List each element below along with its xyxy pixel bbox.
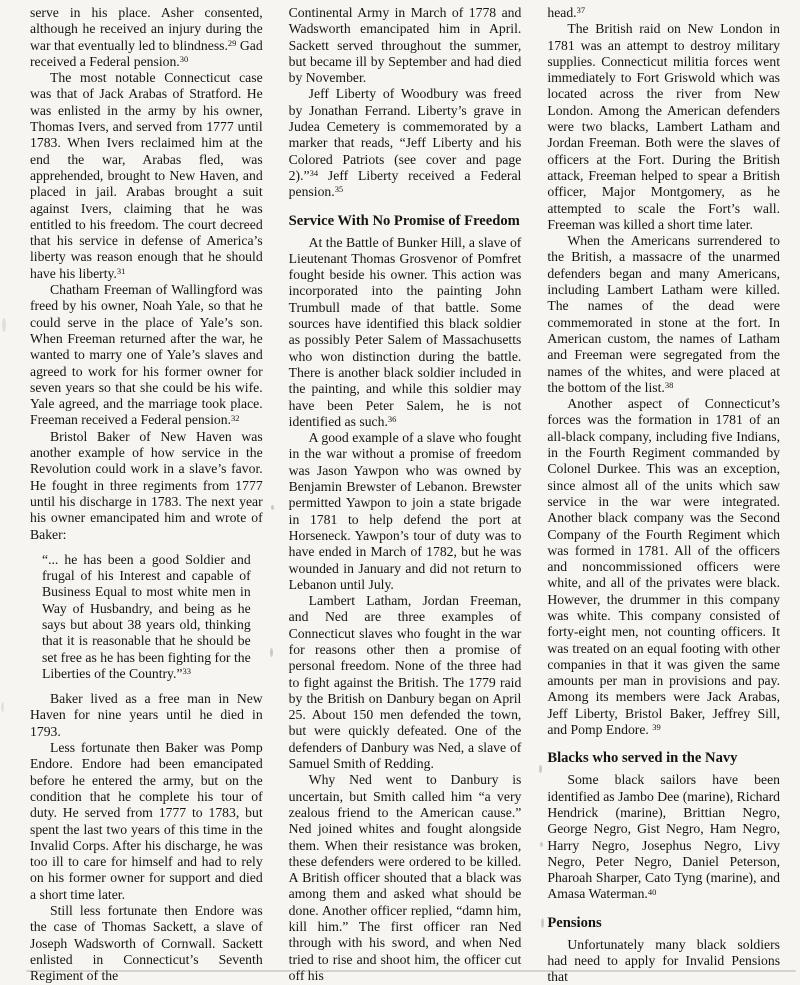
scan-artifact-speck	[1, 702, 4, 712]
paragraph: serve in his place. Asher consented, alt…	[30, 5, 263, 70]
footnote-ref: 36	[388, 414, 396, 424]
footnote-ref: 29	[228, 38, 236, 48]
column-3: head.37The British raid on New London in…	[547, 5, 780, 985]
section-heading: Blacks who served in the Navy	[547, 750, 780, 767]
scan-artifact-speck	[2, 318, 6, 332]
column-2: Continental Army in March of 1778 and Wa…	[289, 5, 522, 985]
paragraph: Why Ned went to Danbury is uncertain, bu…	[289, 772, 522, 984]
paragraph: Jeff Liberty of Woodbury was freed by Jo…	[289, 86, 522, 200]
paragraph: Chatham Freeman of Wallingford was freed…	[30, 282, 263, 429]
paragraph: Baker lived as a free man in New Haven f…	[30, 691, 263, 740]
section-heading: Pensions	[547, 915, 780, 932]
paragraph: At the Battle of Bunker Hill, a slave of…	[289, 235, 522, 431]
footnote-ref: 30	[180, 54, 188, 64]
footnote-ref: 33	[183, 666, 191, 676]
column-layout: serve in his place. Asher consented, alt…	[30, 5, 780, 985]
section-heading: Service With No Promise of Freedom	[289, 213, 522, 230]
paragraph: When the Americans surrendered to the Br…	[547, 233, 780, 396]
footnote-ref: 35	[335, 184, 343, 194]
footnote-ref: 39	[652, 722, 660, 732]
footnote-ref: 31	[117, 266, 125, 276]
paragraph: Still less fortunate then Endore was the…	[30, 903, 263, 984]
paragraph: Bristol Baker of New Haven was another e…	[30, 429, 263, 543]
paragraph: The most notable Connecticut case was th…	[30, 70, 263, 282]
paragraph: Unfortunately many black soldiers had ne…	[547, 937, 780, 985]
document-page: serve in his place. Asher consented, alt…	[0, 0, 800, 985]
paragraph: Continental Army in March of 1778 and Wa…	[289, 5, 522, 86]
footnote-ref: 40	[648, 887, 656, 897]
paragraph: Some black sailors have been identified …	[547, 772, 780, 902]
paragraph: Less fortunate then Baker was Pomp Endor…	[30, 740, 263, 903]
block-quote: “... he has been a good Soldier and frug…	[42, 552, 251, 682]
paragraph: The British raid on New London in 1781 w…	[547, 21, 780, 233]
paragraph: Another aspect of Connecticut’s forces w…	[547, 396, 780, 738]
footnote-ref: 32	[231, 413, 239, 423]
footnote-ref: 34	[310, 168, 318, 178]
paragraph: A good example of a slave who fought in …	[289, 430, 522, 593]
footnote-ref: 38	[665, 380, 673, 390]
paragraph: head.37	[547, 5, 780, 21]
column-1: serve in his place. Asher consented, alt…	[30, 5, 263, 985]
paragraph: Lambert Latham, Jordan Freeman, and Ned …	[289, 593, 522, 772]
footnote-ref: 37	[577, 5, 585, 15]
